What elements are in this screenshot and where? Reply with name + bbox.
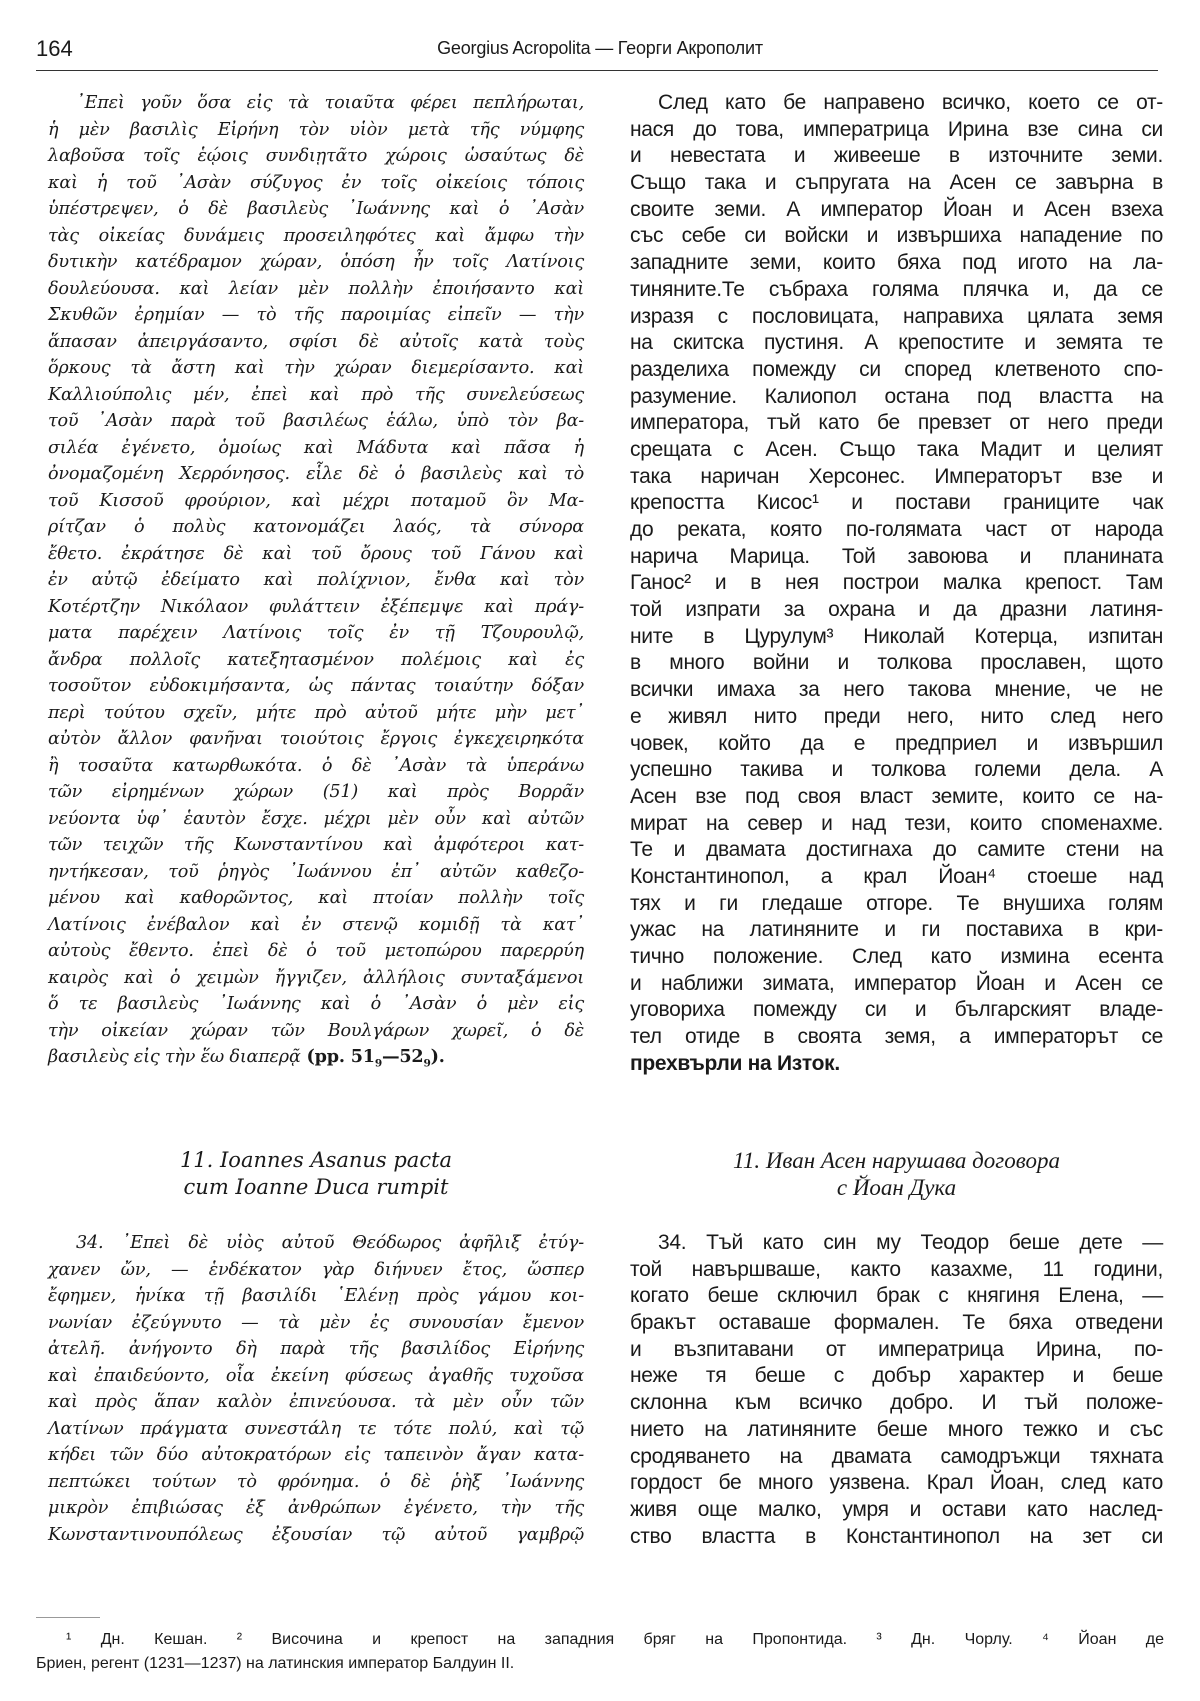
text-line: Също така и съпругата на Асен се завърна… [630, 170, 1163, 197]
text-line: ἡ μὲν βασιλὶς Εἰρήνη τὸν υἱὸν μετὰ τῆς ν… [48, 117, 584, 144]
text-line: той изпрати за охрана и да дразни латиня… [630, 597, 1163, 624]
text-line: и невестата и живееше в източните земи. [630, 143, 1163, 170]
section-heading-latin-line: cum Ioanne Duca rumpit [48, 1174, 584, 1201]
text-line: περὶ τούτου σχεῖν, μήτε πρὸ αὐτοῦ μήτε μ… [48, 700, 584, 727]
text-line: τοῦ Κισσοῦ φρούριον, καὶ μέχρι ποταμοῦ ὃ… [48, 488, 584, 515]
text-line: Ганос² и в нея построи малка крепост. Та… [630, 570, 1163, 597]
section-heading-latin: 11. Ioannes Asanus pacta cum Ioanne Duca… [48, 1147, 584, 1201]
greek-column-paragraph-2: 34. ᾿Επεὶ δὲ υἱὸς αὐτοῦ Θεόδωρος ἀφῆλιξ … [48, 1230, 584, 1548]
text-line: своите земи. А император Йоан и Асен взе… [630, 197, 1163, 224]
text-line: τῶν τειχῶν τῆς Κωνσταντίνου καὶ ἀμφότερο… [48, 832, 584, 859]
text-line: τὰς οἰκείας δυνάμεις προσειληφότες καὶ ἄ… [48, 223, 584, 250]
text-line: нието на латиняните беше много тежко и с… [630, 1417, 1163, 1444]
section-heading-bulgarian-line: с Йоан Дука [630, 1174, 1163, 1201]
text-line: ужас на латиняните и ги поставиха в кри- [630, 917, 1163, 944]
text-line: καὶ ἐπαιδεύοντο, οἷα ἐκείνη φύσεως ἀγαθῆ… [48, 1363, 584, 1390]
text-line: ἐν αὐτῷ ἐδείματο καὶ πολίχνιον, ἔνθα καὶ… [48, 567, 584, 594]
text-line: склонна към всичко добро. И тъй положе- [630, 1390, 1163, 1417]
text-line: и наближи зимата, император Йоан и Асен … [630, 971, 1163, 998]
text-line: ἅπασαν ἀπειργάσαντο, σφίσι δὲ αὐτοῖς κατ… [48, 329, 584, 356]
text-line: χανεν ὤν, — ἑνδέκατον γὰρ διήνυεν ἔτος, … [48, 1257, 584, 1284]
bulgarian-column-paragraph-1: След като бе направено всичко, което се … [630, 90, 1163, 1077]
text-line: ὑπέστρεψεν, ὁ δὲ βασιλεὺς ᾿Ιωάννης καὶ ὁ… [48, 196, 584, 223]
text-line: νεύοντα ὑφ᾿ ἑαυτὸν ἔσχε. μέχρι μὲν οὖν κ… [48, 806, 584, 833]
greek-column-paragraph-1: ᾿Επεὶ γοῦν ὅσα εἰς τὰ τοιαῦτα φέρει πεπλ… [48, 90, 584, 1071]
footnote-line: ¹ Дн. Кешан. ² Височина и крепост на зап… [36, 1628, 1164, 1652]
text-line: ἔθετο. ἐκράτησε δὲ καὶ τοῦ ὄρους τοῦ Γάν… [48, 541, 584, 568]
text-line: ἄνδρα πολλοῖς κατεξητασμένον πολέμοις κα… [48, 647, 584, 674]
text-line: τὴν οἰκείαν χώραν τῶν Βουλγάρων χωρεῖ, ὁ… [48, 1018, 584, 1045]
text-line: Σκυθῶν ἐρημίαν — τὸ τῆς παροιμίας εἰπεῖν… [48, 302, 584, 329]
text-line: 34. ᾿Επεὶ δὲ υἱὸς αὐτοῦ Θεόδωρος ἀφῆλιξ … [48, 1230, 584, 1257]
text-line: сродяването на двамата самодръжци тяхнат… [630, 1444, 1163, 1471]
text-line: νωνίαν ἐζεύγνυτο — τὰ μὲν ἐς συνουσίαν ἔ… [48, 1310, 584, 1337]
text-line: западните земи, които бяха под игото на … [630, 250, 1163, 277]
text-line: тично положение. След като измина есента [630, 944, 1163, 971]
text-line: тел отиде в своята земя, а императорът с… [630, 1024, 1163, 1051]
text-line: до реката, която по-голямата част от нар… [630, 517, 1163, 544]
text-line: живя още малко, умря и остави като насле… [630, 1497, 1163, 1524]
text-line: ните в Цурулум³ Николай Котерца, изпитан [630, 624, 1163, 651]
text-line: крепостта Кисос¹ и постави границите чак [630, 490, 1163, 517]
section-heading-bulgarian: 11. Иван Асен нарушава договора с Йоан Д… [630, 1147, 1163, 1201]
text-line: със себе си войски и извършиха нападение… [630, 223, 1163, 250]
text-line: той навършваше, както казахме, 11 години… [630, 1257, 1163, 1284]
text-line: в много войни и толкова прославен, щото [630, 650, 1163, 677]
text-line: мират на север и над тези, които спомена… [630, 811, 1163, 838]
header-rule [36, 70, 1158, 71]
text-line: и възпитавани от императрица Ирина, по- [630, 1337, 1163, 1364]
text-line: αὐτοὺς ἔθεντο. ἐπεὶ δὲ ὁ τοῦ μετοπώρου π… [48, 938, 584, 965]
text-line: на скитска пустиня. А крепостите и земят… [630, 330, 1163, 357]
text-line: прехвърли на Изток. [630, 1051, 1163, 1078]
text-line: σιλέα ἐγένετο, ὁμοίως καὶ Μάδυτα καὶ πᾶσ… [48, 435, 584, 462]
text-line: ᾿Επεὶ γοῦν ὅσα εἰς τὰ τοιαῦτα φέρει πεπλ… [48, 90, 584, 117]
text-line: гордост бе много уязвена. Крал Йоан, сле… [630, 1470, 1163, 1497]
section-heading-bulgarian-line: 11. Иван Асен нарушава договора [630, 1147, 1163, 1174]
text-line: κήδει τῶν δύο αὐτοκρατόρων εἰς ταπεινὸν … [48, 1442, 584, 1469]
text-line: изразя с пословицата, направиха цялата з… [630, 304, 1163, 331]
page-header: 164 Georgius Acropolita — Георги Акропол… [36, 34, 1164, 72]
text-line: δουλεύουσα. καὶ λείαν μὲν πολλὴν ἐποιήσα… [48, 276, 584, 303]
text-line: ἢ τοσαῦτα κατωρθωκότα. ὁ δὲ ᾿Ασὰν τὰ ὑπε… [48, 753, 584, 780]
text-line: μένου καὶ καθορῶντος, καὶ πτοίαν πολλὴν … [48, 885, 584, 912]
text-line: ρίτζαν ὁ πολὺς κατονομάζει λαός, τὰ σύνο… [48, 514, 584, 541]
footnotes: ¹ Дн. Кешан. ² Височина и крепост на зап… [36, 1628, 1164, 1676]
text-line: бракът оставаше формален. Те бяха отведе… [630, 1310, 1163, 1337]
text-line: Константинопол, а крал Йоан⁴ стоеше над [630, 864, 1163, 891]
text-line: τοῦ ᾿Ασὰν παρὰ τοῦ βασιλέως ἑάλω, ὑπὸ τὸ… [48, 408, 584, 435]
text-line: ἔφημεν, ἡνίκα τῇ βασιλίδι ῾Ελένῃ πρὸς γά… [48, 1283, 584, 1310]
text-line: 34. Тъй като син му Теодор беше дете — [630, 1230, 1163, 1257]
text-line: αὐτὸν ἄλλον φανῆναι τοιούτοις ἔργοις ἐγκ… [48, 726, 584, 753]
text-line: всички имаха за него такова мнение, че н… [630, 677, 1163, 704]
text-line: Κοτέρτζην Νικόλαον φυλάττειν ἐξέπεμψε κα… [48, 594, 584, 621]
text-line: ἀτελῆ. ἀνήγοντο δὴ παρὰ τῆς βασιλίδος Εἰ… [48, 1336, 584, 1363]
text-line: τοσοῦτον εὐδοκιμήσαντα, ὡς πάντας τοιαύτ… [48, 673, 584, 700]
text-line: уговориха помежду си и българският владе… [630, 997, 1163, 1024]
page-reference: (pp. 519—529). [301, 1046, 445, 1067]
text-line: μικρὸν ἐπιβιώσας ἐξ ἀνθρώπων ἐγένετο, τὴ… [48, 1495, 584, 1522]
text-line: ηντήκεσαν, τοῦ ῥηγὸς ᾿Ιωάννου ἐπ᾿ αὐτῶν … [48, 859, 584, 886]
text-line: βασιλεὺς εἰς τὴν ἕω διαπερᾷ (pp. 519—529… [48, 1044, 584, 1071]
text-line: ὅ τε βασιλεὺς ᾿Ιωάννης καὶ ὁ ᾿Ασὰν ὁ μὲν… [48, 991, 584, 1018]
text-line: разделиха помежду си според клетвеното с… [630, 357, 1163, 384]
text-line: καὶ πρὸς ἅπαν καλὸν ἐπινεύουσα. τὰ μὲν ο… [48, 1389, 584, 1416]
text-line: δυτικὴν κατέδραμον χώραν, ὁπόση ἦν τοῖς … [48, 249, 584, 276]
bulgarian-column-paragraph-2: 34. Тъй като син му Теодор беше дете —то… [630, 1230, 1163, 1550]
text-line: ματα παρέχειν Λατίνοις τοῖς ἐν τῇ Τζουρο… [48, 620, 584, 647]
running-title: Georgius Acropolita — Георги Акрополит [36, 38, 1164, 59]
text-line: нася до това, императрица Ирина взе сина… [630, 117, 1163, 144]
footnote-line: Бриен, регент (1231—1237) на латинския и… [36, 1652, 1164, 1676]
text-line: καὶ ἡ τοῦ ᾿Ασὰν σύζυγος ἐν τοῖς οἰκείοις… [48, 170, 584, 197]
text-line: когато беше сключил брак с княгиня Елена… [630, 1283, 1163, 1310]
text-line: императора, тъй като бе превзет от него … [630, 410, 1163, 437]
text-line: ὀνομαζομένη Χερρόνησος. εἷλε δὲ ὁ βασιλε… [48, 461, 584, 488]
text-line: неже тя беше с добър характер и беше [630, 1363, 1163, 1390]
text-line: е живял нито преди него, нито след него [630, 704, 1163, 731]
text-line: ὅρκους τὰ ἄστη καὶ τὴν χώραν διεμερίσαντ… [48, 355, 584, 382]
text-line: нарича Марица. Той завоюва и планината [630, 544, 1163, 571]
text-line: Асен взе под своя власт земите, които се… [630, 784, 1163, 811]
text-line: срещата с Асен. Също така Мадит и целият [630, 437, 1163, 464]
text-line: καιρὸς καὶ ὁ χειμὼν ἤγγιζεν, ἀλλήλοις συ… [48, 965, 584, 992]
text-line: ство властта в Константинопол на зет си [630, 1524, 1163, 1551]
text-line: успешно такива и толкова големи дела. А [630, 757, 1163, 784]
section-heading-latin-line: 11. Ioannes Asanus pacta [48, 1147, 584, 1174]
footnote-rule [36, 1617, 100, 1618]
text-line: Κωνσταντινουπόλεως ἐξουσίαν τῷ αὐτοῦ γαμ… [48, 1522, 584, 1549]
text-line: След като бе направено всичко, което се … [630, 90, 1163, 117]
text-line: така наричан Херсонес. Императорът взе и [630, 464, 1163, 491]
text-line: πεπτώκει τούτων τὸ φρόνημα. ὁ δὲ ῥὴξ ᾿Ιω… [48, 1469, 584, 1496]
text-line: Λατίνοις ἐνέβαλον καὶ ἐν στενῷ κομιδῇ τὰ… [48, 912, 584, 939]
text-line: Καλλιούπολις μέν, ἐπεὶ καὶ πρὸ τῆς συνελ… [48, 382, 584, 409]
text-line: Те и двамата достигнаха до самите стени … [630, 837, 1163, 864]
text-line: Λατίνων πράγματα συνεστάλη τε τότε πολύ,… [48, 1416, 584, 1443]
text-line: разумение. Калиопол остана под властта н… [630, 384, 1163, 411]
text-line: λαβοῦσα τοῖς ἑῴοις συνδιῃτᾶτο χώροις ὡσα… [48, 143, 584, 170]
text-line: τῶν εἰρημένων χώρων (51) καὶ πρὸς Βορρᾶν [48, 779, 584, 806]
text-line: тиняните.Те събраха голяма плячка и, да … [630, 277, 1163, 304]
text-line: човек, който да е предприел и извършил [630, 731, 1163, 758]
text-line: тях и ги гледаше отгоре. Те внушиха голя… [630, 891, 1163, 918]
